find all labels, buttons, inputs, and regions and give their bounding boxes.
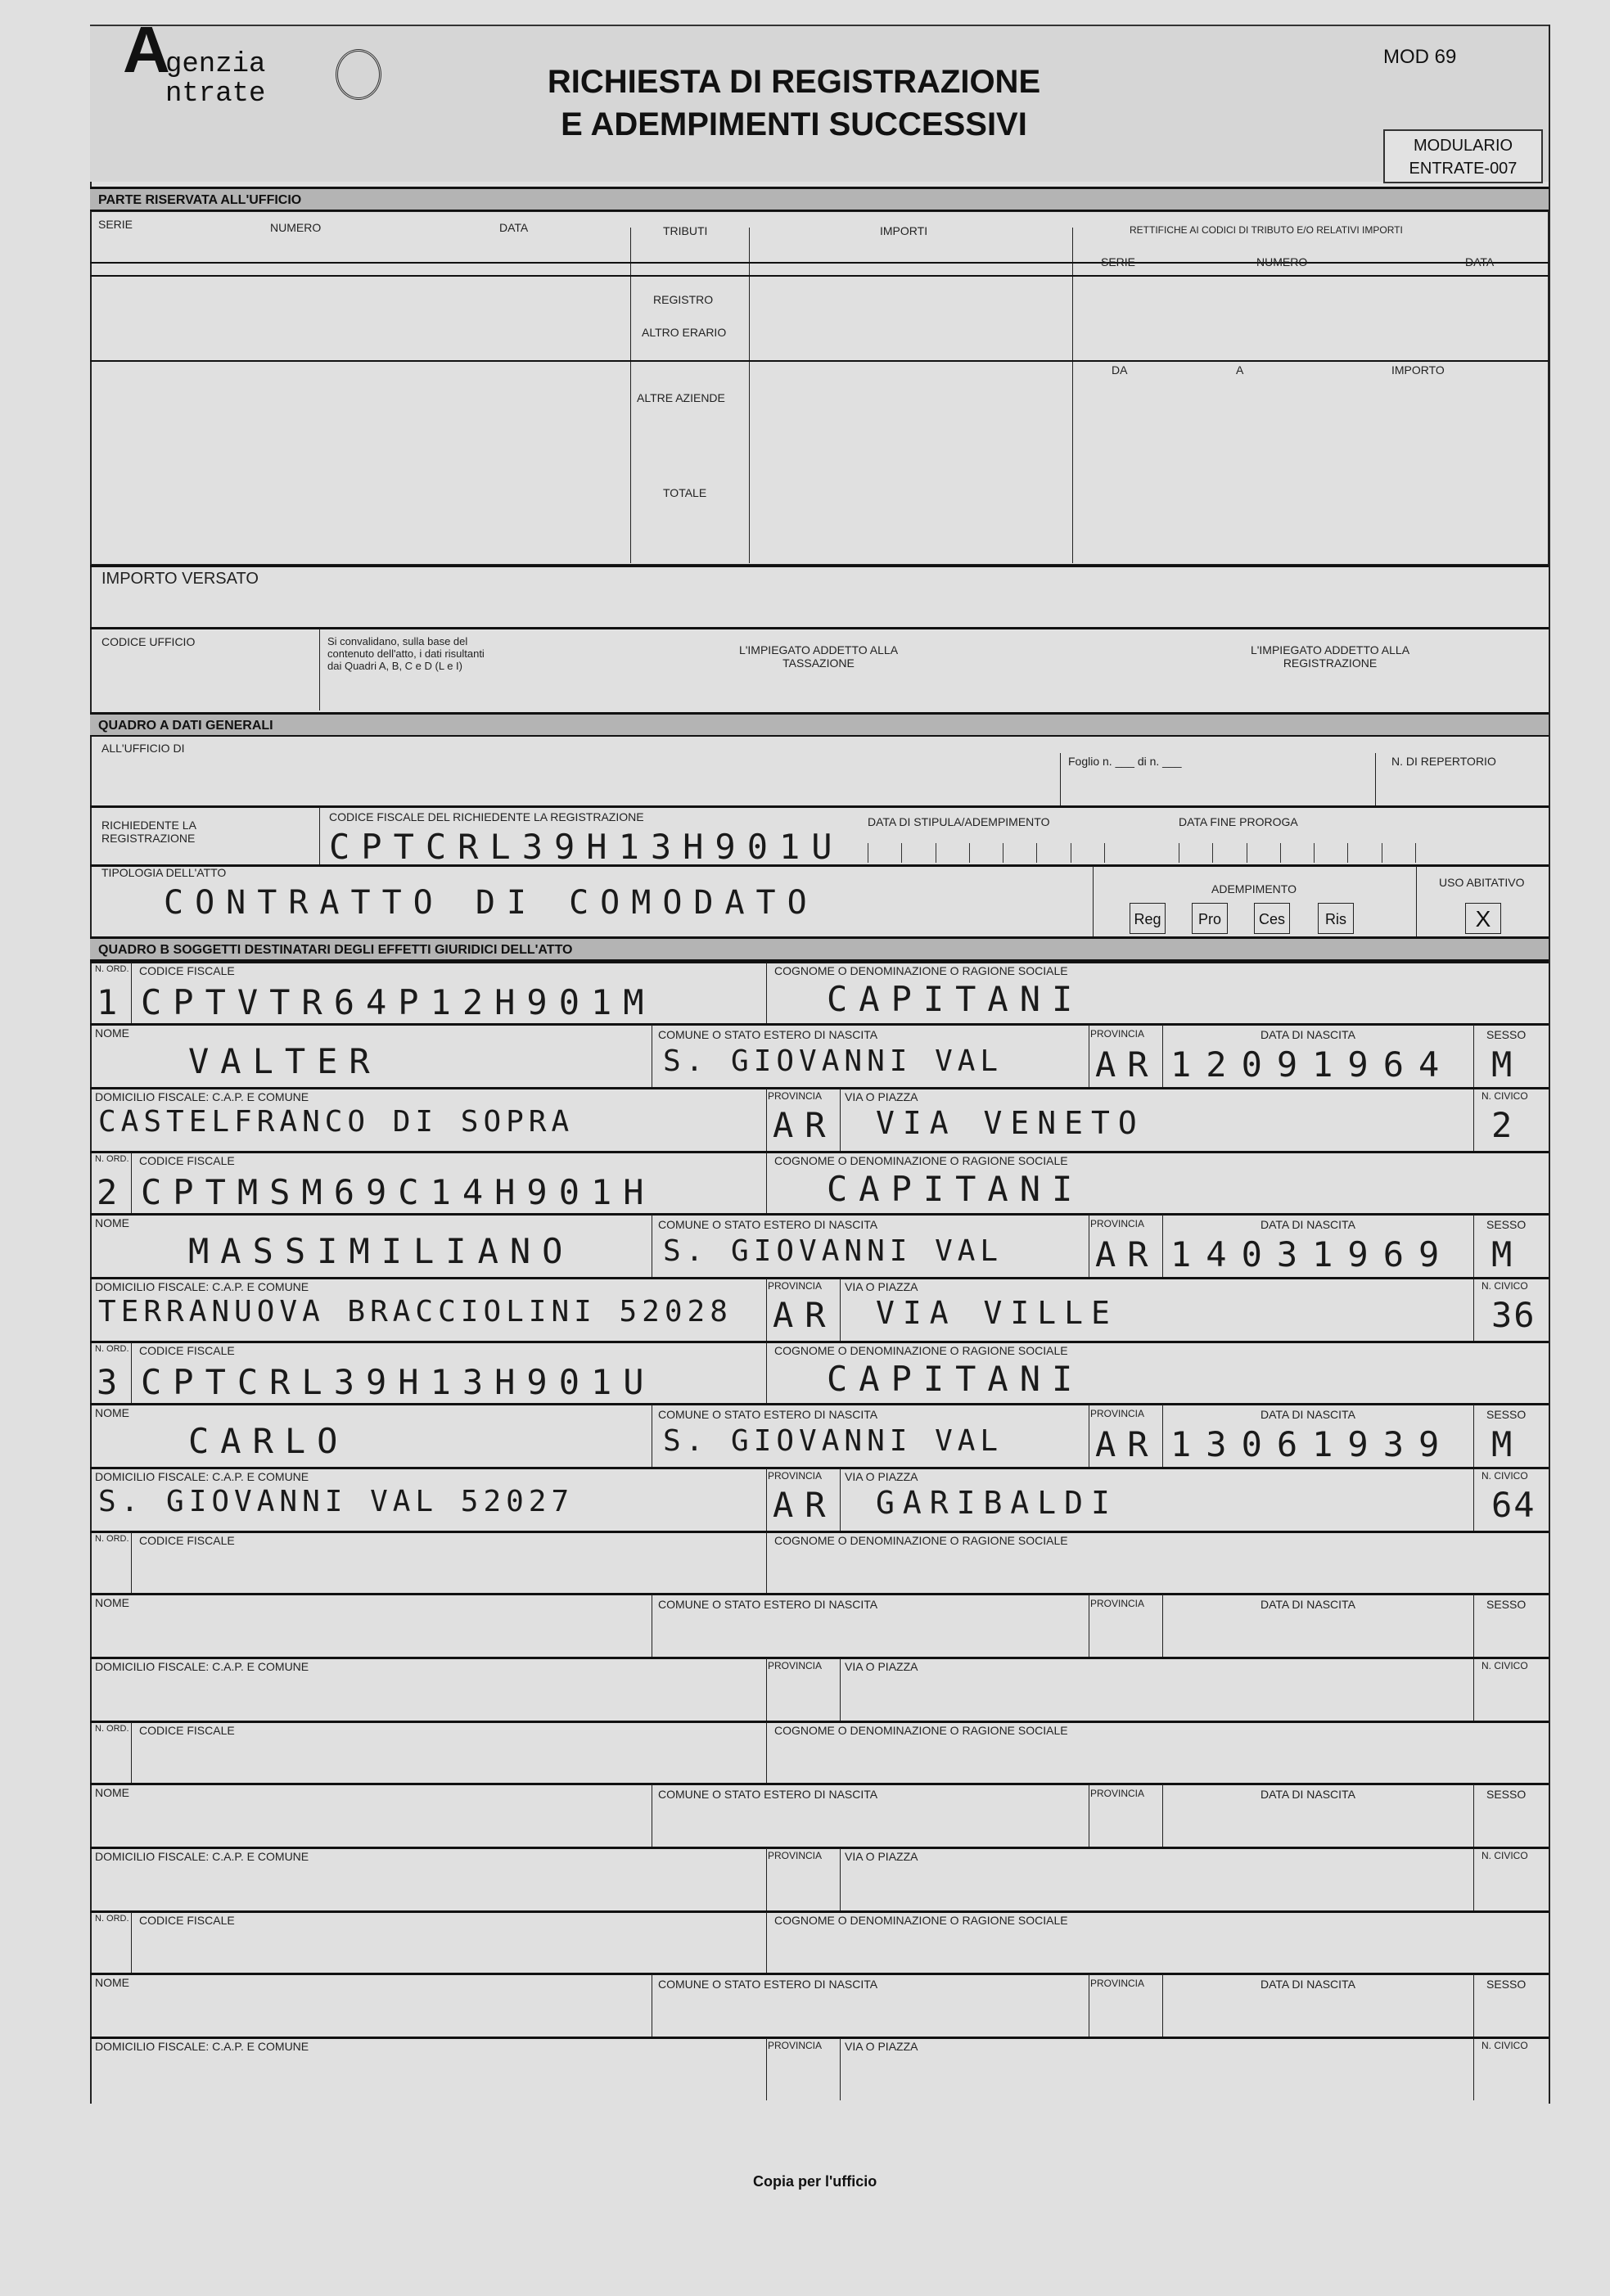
tipologia-field[interactable]: CONTRATTO DI COMODATO xyxy=(164,884,819,922)
tributo-totale: TOTALE xyxy=(663,486,706,499)
richiedente-cf-field[interactable]: CPTCRL39H13H901U xyxy=(329,827,844,867)
civico-label: N. CIVICO xyxy=(1481,1280,1528,1292)
rett-data: DATA xyxy=(1465,255,1494,268)
provincia-nascita-label: PROVINCIA xyxy=(1090,1788,1144,1799)
domicilio-label: DOMICILIO FISCALE: C.A.P. E COMUNE xyxy=(95,1090,309,1103)
data-nascita-label: DATA DI NASCITA xyxy=(1260,1788,1355,1801)
col-rettifiche: RETTIFICHE AI CODICI DI TRIBUTO e/o RELA… xyxy=(1130,224,1403,236)
nome-field[interactable]: CARLO xyxy=(188,1421,349,1461)
provincia-domicilio-label: PROVINCIA xyxy=(768,1660,822,1671)
cf-label: CODICE FISCALE xyxy=(139,1154,235,1167)
sesso-field[interactable]: M xyxy=(1491,1044,1523,1085)
sesso-label: SESSO xyxy=(1486,1598,1526,1611)
quadro-a-title: QUADRO A DATI GENERALI xyxy=(90,712,1549,737)
impiegato-tassazione: L'IMPIEGATO ADDETTO ALLA TASSAZIONE xyxy=(720,643,917,670)
civico-field[interactable]: 36 xyxy=(1491,1295,1536,1335)
sesso-field[interactable]: M xyxy=(1491,1424,1523,1464)
data-nascita-field[interactable]: 13061939 xyxy=(1170,1424,1454,1464)
cognome-label: COGNOME O DENOMINAZIONE O RAGIONE SOCIAL… xyxy=(774,1724,1068,1737)
data-nascita-label: DATA DI NASCITA xyxy=(1260,1978,1355,1991)
domicilio-field[interactable]: S. GIOVANNI VAL 52027 xyxy=(98,1485,574,1518)
cognome-field[interactable]: CAPITANI xyxy=(827,1359,1084,1399)
provincia-domicilio-field[interactable]: AR xyxy=(773,1485,837,1525)
title-line2: E ADEMPIMENTI SUCCESSIVI xyxy=(540,103,1048,146)
adempimento-ces-checkbox[interactable]: Ces xyxy=(1254,903,1290,934)
civico-label: N. CIVICO xyxy=(1481,1470,1528,1482)
cf-label: CODICE FISCALE xyxy=(139,1344,235,1357)
tributo-altro-erario: ALTRO ERARIO xyxy=(642,326,726,339)
civico-label: N. CIVICO xyxy=(1481,1850,1528,1861)
via-label: VIA O PIAZZA xyxy=(845,2040,918,2053)
n-ord-field[interactable]: 2 xyxy=(97,1172,129,1212)
n-ord-label: N. ORD. xyxy=(95,1914,129,1924)
copy-label: Copia per l'ufficio xyxy=(753,2173,877,2190)
range-a: A xyxy=(1236,363,1243,377)
col-data: DATA xyxy=(499,221,528,234)
n-ord-label: N. ORD. xyxy=(95,1344,129,1354)
title-line1: RICHIESTA DI REGISTRAZIONE xyxy=(540,61,1048,103)
via-field[interactable]: GARIBALDI xyxy=(876,1485,1118,1521)
comune-nascita-field[interactable]: S. GIOVANNI VAL xyxy=(663,1424,1003,1458)
cf-field[interactable]: CPTVTR64P12H901M xyxy=(141,982,656,1022)
adempimento-ris-checkbox[interactable]: Ris xyxy=(1318,903,1354,934)
nome-label: NOME xyxy=(95,1026,129,1040)
sesso-label: SESSO xyxy=(1486,1408,1526,1421)
model-code: MOD 69 xyxy=(1383,46,1456,69)
foglio-label: Foglio n. ___ di n. ___ xyxy=(1068,755,1182,768)
n-ord-label: N. ORD. xyxy=(95,1724,129,1734)
nome-label: NOME xyxy=(95,1216,129,1229)
cognome-field[interactable]: CAPITANI xyxy=(827,979,1084,1019)
domicilio-field[interactable]: TERRANUOVA BRACCIOLINI 52028 xyxy=(98,1295,733,1328)
civico-label: N. CIVICO xyxy=(1481,2040,1528,2051)
subject-block: N. ORD. CODICE FISCALE COGNOME O DENOMIN… xyxy=(90,1910,1549,2100)
subject-block: N. ORD. CODICE FISCALE COGNOME O DENOMIN… xyxy=(90,1721,1549,1910)
provincia-nascita-field[interactable]: AR xyxy=(1095,1424,1160,1464)
adempimento-reg-checkbox[interactable]: Reg xyxy=(1130,903,1166,934)
comune-nascita-label: COMUNE O STATO ESTERO DI NASCITA xyxy=(658,1408,877,1421)
provincia-domicilio-field[interactable]: AR xyxy=(773,1295,837,1335)
logo-initial: A xyxy=(123,36,170,64)
subject-block: N. ORD. CODICE FISCALE COGNOME O DENOMIN… xyxy=(90,1531,1549,1721)
cf-field[interactable]: CPTMSM69C14H901H xyxy=(141,1172,656,1212)
form-header: A genzia ntrate RICHIESTA DI REGISTRAZIO… xyxy=(90,25,1549,182)
sesso-label: SESSO xyxy=(1486,1028,1526,1041)
cf-label: CODICE FISCALE xyxy=(139,964,235,977)
via-label: VIA O PIAZZA xyxy=(845,1850,918,1863)
cognome-label: COGNOME O DENOMINAZIONE O RAGIONE SOCIAL… xyxy=(774,1534,1068,1547)
subject-block: N. ORD. CODICE FISCALE 1 CPTVTR64P12H901… xyxy=(90,961,1549,1151)
comune-nascita-field[interactable]: S. GIOVANNI VAL xyxy=(663,1234,1003,1268)
comune-nascita-label: COMUNE O STATO ESTERO DI NASCITA xyxy=(658,1598,877,1611)
office-grid xyxy=(90,211,1549,565)
provincia-nascita-label: PROVINCIA xyxy=(1090,1408,1144,1419)
data-stipula-label: DATA DI STIPULA/ADEMPIMENTO xyxy=(868,815,1049,828)
subject-block: N. ORD. CODICE FISCALE 2 CPTMSM69C14H901… xyxy=(90,1151,1549,1341)
nome-label: NOME xyxy=(95,1976,129,1989)
tributo-registro: REGISTRO xyxy=(653,293,713,306)
logo-line1: genzia xyxy=(165,51,265,79)
col-numero: NUMERO xyxy=(270,221,321,234)
cf-label: CODICE FISCALE xyxy=(139,1724,235,1737)
n-ord-label: N. ORD. xyxy=(95,1534,129,1544)
civico-field[interactable]: 2 xyxy=(1491,1105,1513,1145)
data-nascita-field[interactable]: 14031969 xyxy=(1170,1234,1454,1274)
rett-serie: SERIE xyxy=(1101,255,1135,268)
form-title: RICHIESTA DI REGISTRAZIONE E ADEMPIMENTI… xyxy=(540,61,1048,146)
rett-numero: NUMERO xyxy=(1256,255,1307,268)
provincia-nascita-field[interactable]: AR xyxy=(1095,1044,1160,1085)
provincia-nascita-label: PROVINCIA xyxy=(1090,1218,1144,1229)
data-nascita-field[interactable]: 12091964 xyxy=(1170,1044,1454,1085)
nome-label: NOME xyxy=(95,1786,129,1799)
col-tributi: TRIBUTI xyxy=(663,224,707,237)
cognome-label: COGNOME O DENOMINAZIONE O RAGIONE SOCIAL… xyxy=(774,964,1068,977)
nome-label: NOME xyxy=(95,1406,129,1419)
all-ufficio-label: ALL'UFFICIO DI xyxy=(101,742,184,755)
cognome-label: COGNOME O DENOMINAZIONE O RAGIONE SOCIAL… xyxy=(774,1914,1068,1927)
richiedente-label: RICHIEDENTE LA REGISTRAZIONE xyxy=(101,819,232,845)
tipologia-label: TIPOLOGIA DELL'ATTO xyxy=(101,866,226,879)
quadro-b-title: QUADRO B SOGGETTI DESTINATARI DEGLI EFFE… xyxy=(90,936,1549,961)
comune-nascita-label: COMUNE O STATO ESTERO DI NASCITA xyxy=(658,1028,877,1041)
col-importi: IMPORTI xyxy=(880,224,927,237)
sesso-field[interactable]: M xyxy=(1491,1234,1523,1274)
sesso-label: SESSO xyxy=(1486,1218,1526,1231)
domicilio-label: DOMICILIO FISCALE: C.A.P. E COMUNE xyxy=(95,1280,309,1293)
cf-label: CODICE FISCALE xyxy=(139,1914,235,1927)
sesso-label: SESSO xyxy=(1486,1788,1526,1801)
n-ord-field[interactable]: 3 xyxy=(97,1362,129,1402)
domicilio-field[interactable]: CASTELFRANCO DI SOPRA xyxy=(98,1105,574,1139)
comune-nascita-label: COMUNE O STATO ESTERO DI NASCITA xyxy=(658,1978,877,1991)
data-nascita-label: DATA DI NASCITA xyxy=(1260,1028,1355,1041)
impiegato-registrazione: L'IMPIEGATO ADDETTO ALLA REGISTRAZIONE xyxy=(1228,643,1432,670)
provincia-nascita-label: PROVINCIA xyxy=(1090,1978,1144,1989)
comune-nascita-field[interactable]: S. GIOVANNI VAL xyxy=(663,1044,1003,1078)
nome-field[interactable]: VALTER xyxy=(188,1041,381,1081)
n-ord-field[interactable]: 1 xyxy=(97,982,129,1022)
office-section-title: PARTE RISERVATA ALL'UFFICIO xyxy=(90,187,1549,211)
modulario-line1: MODULARIO xyxy=(1385,134,1541,157)
logo-line2: ntrate xyxy=(165,80,265,108)
republic-emblem-icon xyxy=(336,49,381,100)
domicilio-label: DOMICILIO FISCALE: C.A.P. E COMUNE xyxy=(95,1470,309,1483)
civico-field[interactable]: 64 xyxy=(1491,1485,1536,1525)
data-fine-proroga-label: DATA FINE PROROGA xyxy=(1179,815,1298,828)
range-da: DA xyxy=(1112,363,1127,377)
data-nascita-label: DATA DI NASCITA xyxy=(1260,1598,1355,1611)
sesso-label: SESSO xyxy=(1486,1978,1526,1991)
nome-label: NOME xyxy=(95,1596,129,1609)
repertorio-label: N. DI REPERTORIO xyxy=(1391,755,1496,768)
adempimento-pro-checkbox[interactable]: Pro xyxy=(1192,903,1228,934)
data-nascita-label: DATA DI NASCITA xyxy=(1260,1408,1355,1421)
data-stipula-field[interactable] xyxy=(868,843,1138,863)
provincia-nascita-field[interactable]: AR xyxy=(1095,1234,1160,1274)
form-page: A genzia ntrate RICHIESTA DI REGISTRAZIO… xyxy=(90,25,1563,2104)
provincia-domicilio-label: PROVINCIA xyxy=(768,1090,822,1102)
provincia-domicilio-field[interactable]: AR xyxy=(773,1105,837,1145)
codice-ufficio-label: CODICE UFFICIO xyxy=(101,635,195,648)
via-field[interactable]: VIA VENETO xyxy=(876,1105,1145,1141)
uso-abitativo-checkbox[interactable]: X xyxy=(1465,903,1501,934)
domicilio-label: DOMICILIO FISCALE: C.A.P. E COMUNE xyxy=(95,1850,309,1863)
cognome-label: COGNOME O DENOMINAZIONE O RAGIONE SOCIAL… xyxy=(774,1154,1068,1167)
via-label: VIA O PIAZZA xyxy=(845,1090,918,1103)
via-label: VIA O PIAZZA xyxy=(845,1470,918,1483)
via-label: VIA O PIAZZA xyxy=(845,1660,918,1673)
via-label: VIA O PIAZZA xyxy=(845,1280,918,1293)
comune-nascita-label: COMUNE O STATO ESTERO DI NASCITA xyxy=(658,1218,877,1231)
n-ord-label: N. ORD. xyxy=(95,964,129,974)
nome-field[interactable]: MASSIMILIANO xyxy=(188,1231,574,1271)
modulario-line2: ENTRATE-007 xyxy=(1385,157,1541,180)
data-nascita-label: DATA DI NASCITA xyxy=(1260,1218,1355,1231)
n-ord-label: N. ORD. xyxy=(95,1154,129,1164)
provincia-domicilio-label: PROVINCIA xyxy=(768,1470,822,1482)
domicilio-label: DOMICILIO FISCALE: C.A.P. E COMUNE xyxy=(95,1660,309,1673)
civico-label: N. CIVICO xyxy=(1481,1660,1528,1671)
range-importo: IMPORTO xyxy=(1391,363,1445,377)
provincia-nascita-label: PROVINCIA xyxy=(1090,1598,1144,1609)
comune-nascita-label: COMUNE O STATO ESTERO DI NASCITA xyxy=(658,1788,877,1801)
via-field[interactable]: VIA VILLE xyxy=(876,1295,1118,1331)
provincia-domicilio-label: PROVINCIA xyxy=(768,1280,822,1292)
cognome-label: COGNOME O DENOMINAZIONE O RAGIONE SOCIAL… xyxy=(774,1344,1068,1357)
importo-versato-label: IMPORTO VERSATO xyxy=(101,570,259,589)
col-serie: SERIE xyxy=(98,218,133,231)
richiedente-cf-label: CODICE FISCALE DEL RICHIEDENTE LA REGIST… xyxy=(329,810,644,823)
modulario-box: MODULARIO ENTRATE-007 xyxy=(1383,129,1543,183)
adempimento-label: ADEMPIMENTO xyxy=(1211,882,1297,895)
domicilio-label: DOMICILIO FISCALE: C.A.P. E COMUNE xyxy=(95,2040,309,2053)
tributo-altre-aziende: ALTRE AZIENDE xyxy=(637,391,725,404)
convalida-text: Si convalidano, sulla base del contenuto… xyxy=(327,635,491,672)
data-fine-proroga-field[interactable] xyxy=(1179,843,1449,863)
provincia-domicilio-label: PROVINCIA xyxy=(768,1850,822,1861)
cf-label: CODICE FISCALE xyxy=(139,1534,235,1547)
subject-block: N. ORD. CODICE FISCALE 3 CPTCRL39H13H901… xyxy=(90,1341,1549,1531)
uso-abitativo-label: USO ABITATIVO xyxy=(1439,876,1525,889)
provincia-nascita-label: PROVINCIA xyxy=(1090,1028,1144,1040)
provincia-domicilio-label: PROVINCIA xyxy=(768,2040,822,2051)
cf-field[interactable]: CPTCRL39H13H901U xyxy=(141,1362,656,1402)
civico-label: N. CIVICO xyxy=(1481,1090,1528,1102)
cognome-field[interactable]: CAPITANI xyxy=(827,1169,1084,1209)
